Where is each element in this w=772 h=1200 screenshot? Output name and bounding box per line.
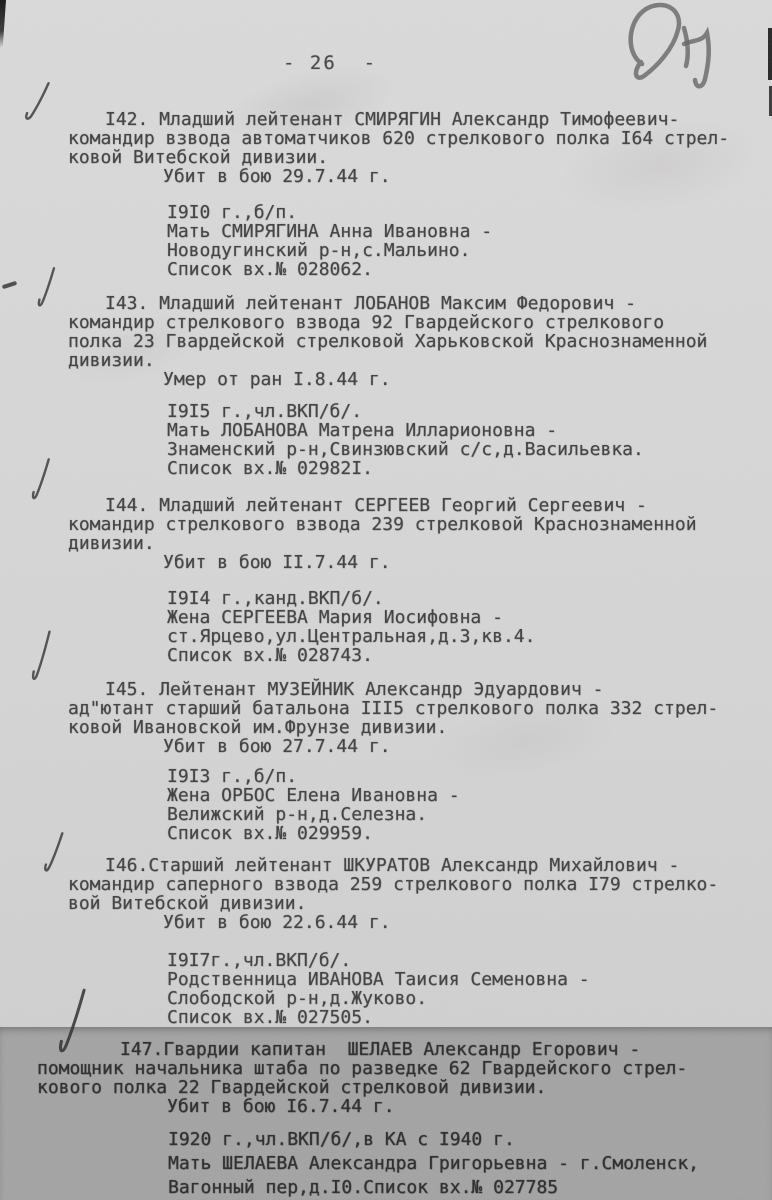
entry-146: I46.Старший лейтенант ШКУРАТОВ Александр… — [68, 856, 772, 1027]
text-line: Мать ЛОБАНОВА Матрена Илларионовна - — [167, 421, 772, 440]
text-line: кового полка 22 Гвардейской стрелковой д… — [37, 1078, 741, 1097]
scanned-document-page: { "page": { "number": "- 26 -", "colors"… — [0, 0, 772, 1200]
text-line: полка 23 Гвардейской стрелковой Харьковс… — [68, 332, 772, 351]
text-line: I920 г.,чл.ВКП/б/,в КА с I940 г. — [168, 1128, 741, 1152]
text-line: I45. Лейтенант МУЗЕЙНИК Александр Эдуард… — [105, 680, 772, 699]
text-line: Убит в бою 22.6.44 г. — [163, 913, 772, 932]
entry-142: I42. Младший лейтенант СМИРЯГИН Александ… — [68, 110, 772, 279]
text-line: I44. Младший лейтенант СЕРГЕЕВ Георгий С… — [105, 496, 772, 515]
entry-144: I44. Младший лейтенант СЕРГЕЕВ Георгий С… — [68, 496, 772, 665]
text-line: Убит в бою 29.7.44 г. — [163, 167, 772, 186]
text-line: I9I7г.,чл.ВКП/б/. — [167, 951, 772, 970]
entry-147: I47.Гвардии капитан ШЕЛАЕВ Александр Его… — [37, 1040, 741, 1200]
text-line: Новодугинский р-н,с.Мальино. — [167, 241, 772, 260]
text-line: Знаменский р-н,Свинзювский с/с,д.Василье… — [167, 440, 772, 459]
text-line: помощник начальника штаба по разведке 62… — [37, 1059, 741, 1078]
text-line: I47.Гвардии капитан ШЕЛАЕВ Александр Его… — [120, 1040, 741, 1059]
entry-145: I45. Лейтенант МУЗЕЙНИК Александр Эдуард… — [68, 680, 772, 843]
text-line: Убит в бою 27.7.44 г. — [163, 737, 772, 756]
text-line: I9I5 г.,чл.ВКП/б/. — [167, 402, 772, 421]
text-line: Умер от ран I.8.44 г. — [163, 370, 772, 389]
text-line: ковой Витебской дивизии. — [68, 148, 772, 167]
text-line: Список вх.№ 028743. — [167, 646, 772, 665]
text-line: Родственница ИВАНОВА Таисия Семеновна - — [167, 970, 772, 989]
text-line: Мать ШЕЛАЕВА Александра Григорьевна - г.… — [168, 1152, 741, 1176]
text-line: командир стрелкового взвода 239 стрелков… — [68, 515, 772, 534]
text-line: ад"ютант старший батальона III5 стрелков… — [68, 699, 772, 718]
handwritten-annotation — [608, 0, 738, 95]
text-line: Список вх.№ 02982I. — [167, 459, 772, 478]
text-line: Убит в бою II.7.44 г. — [163, 553, 772, 572]
text-line: дивизии. — [68, 534, 772, 553]
page-number: - 26 - — [283, 52, 377, 74]
text-line: I42. Младший лейтенант СМИРЯГИН Александ… — [105, 110, 772, 129]
text-line: Список вх.№ 027505. — [167, 1008, 772, 1027]
text-line: ковой Ивановской им.Фрунзе дивизии. — [68, 718, 772, 737]
text-line: ст.Ярцево,ул.Центральная,д.3,кв.4. — [167, 627, 772, 646]
text-line: Жена ОРБОС Елена Ивановна - — [167, 786, 772, 805]
text-line: Велижский р-н,д.Селезна. — [167, 805, 772, 824]
text-line: I43. Младший лейтенант ЛОБАНОВ Максим Фе… — [105, 294, 772, 313]
text-line: Слободской р-н,д.Жуково. — [167, 989, 772, 1008]
entry-143: I43. Младший лейтенант ЛОБАНОВ Максим Фе… — [68, 294, 772, 478]
text-line: I9I4 г.,канд.ВКП/б/. — [167, 589, 772, 608]
text-line: Убит в бою I6.7.44 г. — [167, 1097, 741, 1116]
text-line: Жена СЕРГЕЕВА Мария Иосифовна - — [167, 608, 772, 627]
text-line: командир взвода автоматчиков 620 стрелко… — [68, 129, 772, 148]
scan-edge-artifact — [768, 28, 772, 80]
text-line: Вагонный пер,д.I0.Список вх.№ 027785 — [168, 1176, 741, 1200]
text-line: I9I0 г.,б/п. — [167, 203, 772, 222]
text-line: I46.Старший лейтенант ШКУРАТОВ Александр… — [105, 856, 772, 875]
text-line: Мать СМИРЯГИНА Анна Ивановна - — [167, 222, 772, 241]
text-line: дивизии. — [68, 351, 772, 370]
text-line: Список вх.№ 029959. — [167, 824, 772, 843]
text-line: I9I3 г.,б/п. — [167, 767, 772, 786]
text-line: командир саперного взвода 259 стрелковог… — [68, 875, 772, 894]
text-line: вой Витебской дивизии. — [68, 894, 772, 913]
typewritten-text-layer: - 26 - I42. Младший лейтенант СМИРЯГИН А… — [0, 0, 772, 1200]
text-line: командир стрелкового взвода 92 Гвардейск… — [68, 313, 772, 332]
text-line: Список вх.№ 028062. — [167, 260, 772, 279]
